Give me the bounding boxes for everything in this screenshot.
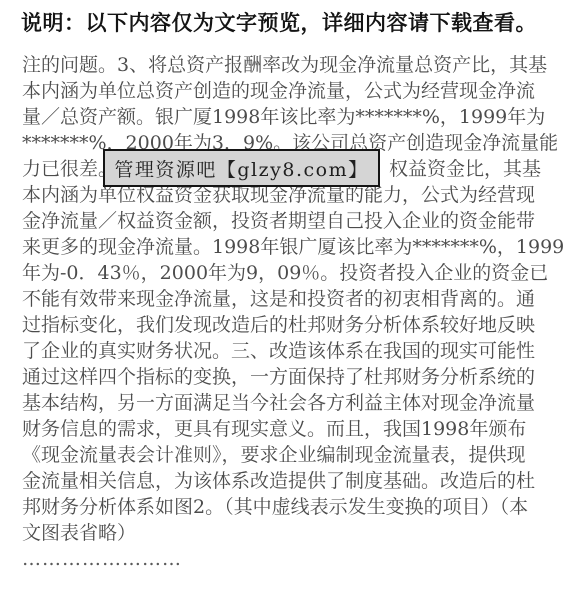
text-line: 过指标变化，我们发现改造后的杜邦财务分析体系较好地反映 — [22, 312, 567, 338]
text-line: 注的问题。3、将总资产报酬率改为现金净流量总资产比，其基 — [22, 52, 567, 78]
preview-notice: 说明：以下内容仅为文字预览，详细内容请下载查看。 — [21, 11, 537, 36]
text-line: 来更多的现金净流量。1998年银广厦该比率为*******%，1999 — [22, 234, 567, 260]
text-line: 财务信息的需求，更具有现实意义。而且，我国1998年颁布 — [22, 416, 567, 442]
text-line: 金净流量／权益资金额，投资者期望自己投入企业的资金能带 — [22, 208, 567, 234]
split-line-right: 权益资金比，其基 — [389, 158, 541, 180]
site-watermark-badge: 管理资源吧【glzy8.com】 — [103, 149, 380, 187]
document-preview-page: 说明：以下内容仅为文字预览，详细内容请下载查看。 注的问题。3、将总资产报酬率改… — [0, 0, 578, 600]
text-line: 年为-0．43％，2000年为9，09％。投资者投入企业的资金已 — [22, 260, 567, 286]
text-line: 不能有效带来现金净流量，这是和投资者的初衷相背离的。通 — [22, 286, 567, 312]
text-line: 邦财务分析体系如图2。（其中虚线表示发生变换的项目）（本 — [22, 494, 567, 520]
document-body: 注的问题。3、将总资产报酬率改为现金净流量总资产比，其基 本内涵为单位总资产创造… — [22, 52, 567, 572]
text-line: 通过这样四个指标的变换，一方面保持了杜邦财务分析系统的 — [22, 364, 567, 390]
text-line: 量／总资产额。银广厦1998年该比率为*******%，1999年为 — [22, 104, 567, 130]
text-line: 金流量相关信息，为该体系改造提供了制度基础。改造后的杜 — [22, 468, 567, 494]
text-line: 了企业的真实财务状况。三、改造该体系在我国的现实可能性 — [22, 338, 567, 364]
text-line: 基本结构，另一方面满足当今社会各方利益主体对现金净流量 — [22, 390, 567, 416]
text-line: 文图表省略） — [22, 520, 567, 546]
text-line: 本内涵为单位总资产创造的现金净流量，公式为经营现金净流 — [22, 78, 567, 104]
truncation-ellipsis: …………………… — [22, 546, 567, 572]
text-line: 《现金流量表会计准则》，要求企业编制现金流量表，提供现 — [22, 442, 567, 468]
